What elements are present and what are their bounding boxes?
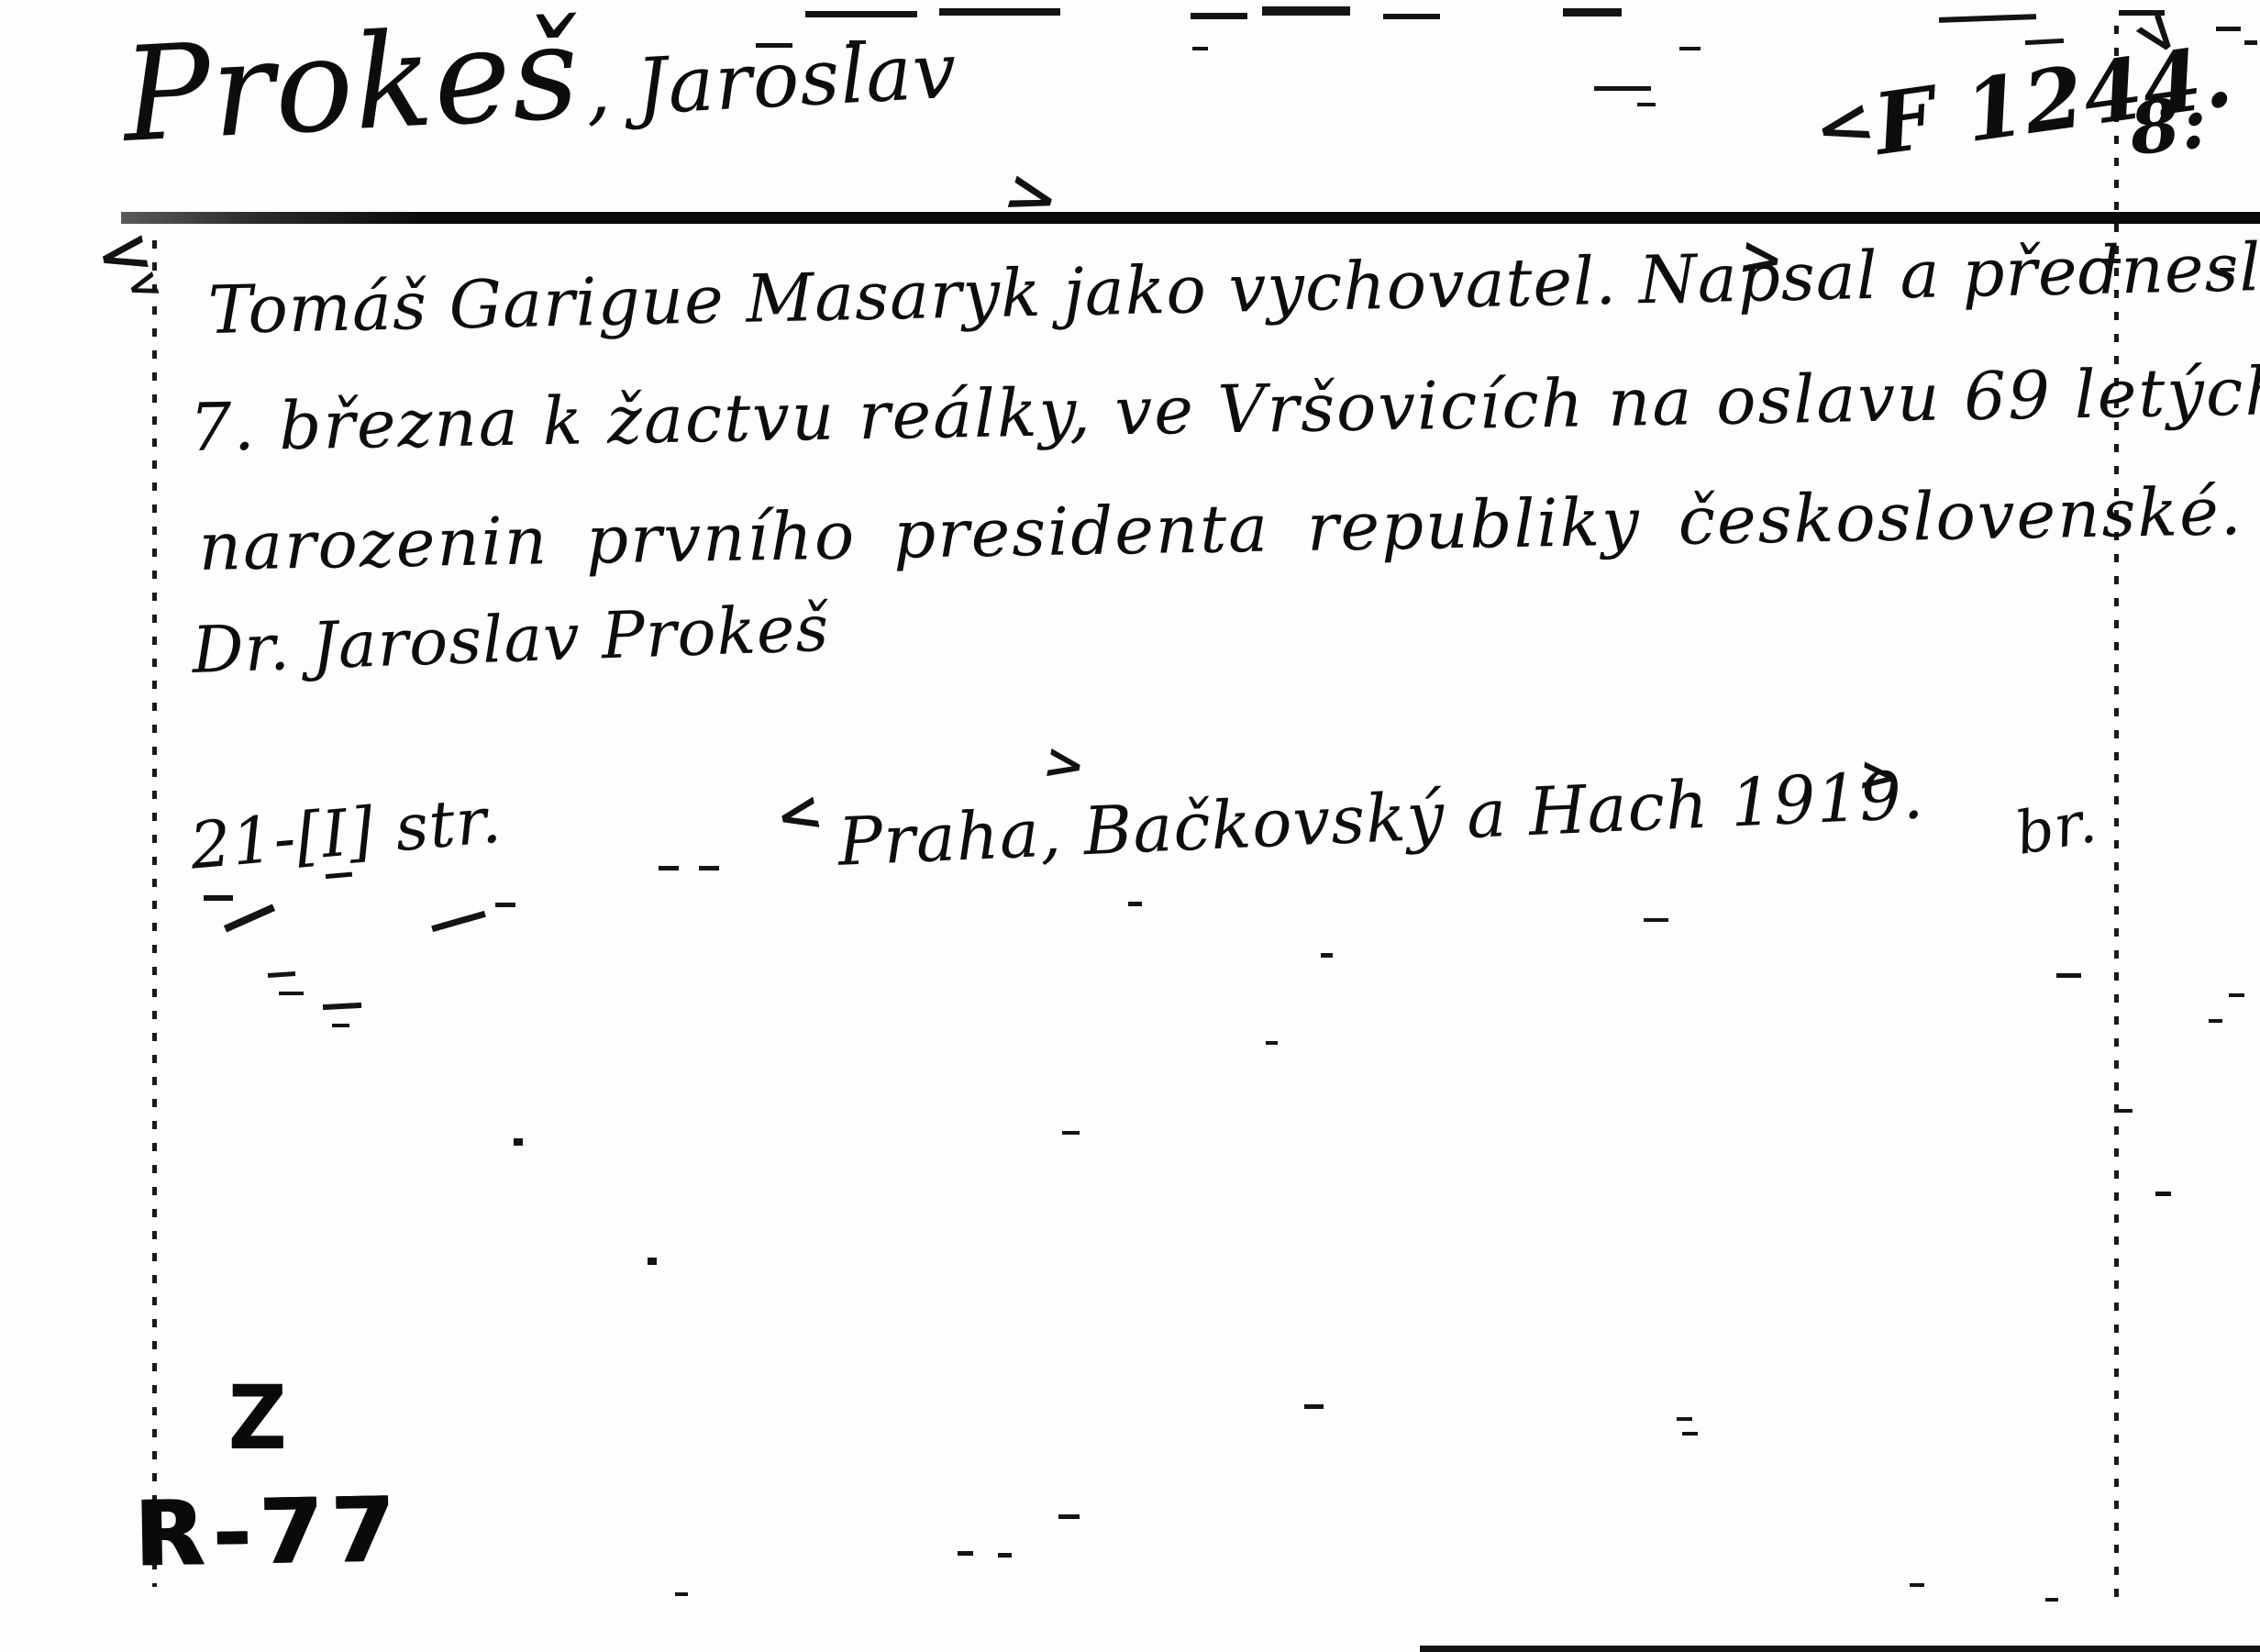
scan-noise-speck	[659, 866, 679, 870]
scan-noise-speck	[495, 903, 515, 907]
scan-noise-speck	[1677, 1417, 1692, 1421]
scan-noise-speck	[849, 40, 866, 44]
scan-noise-speck	[958, 1551, 973, 1556]
author-given-name: , Jaroslav	[583, 26, 959, 135]
scan-noise-speck	[268, 971, 295, 978]
scan-noise-speck	[224, 904, 275, 933]
call-number: R-77	[133, 1485, 403, 1580]
scan-noise-speck	[805, 11, 917, 17]
scan-noise-speck	[1058, 1514, 1080, 1519]
pagination-suffix: ] str.	[345, 782, 504, 870]
scan-noise-speck	[756, 43, 792, 48]
scan-noise-speck	[332, 1024, 349, 1027]
heading-rule	[121, 212, 2260, 224]
size-letter-stamp: Z	[228, 1374, 287, 1462]
scan-noise-speck	[279, 992, 304, 995]
scan-noise-speck	[1383, 14, 1440, 19]
scan-noise-speck	[2045, 1598, 2058, 1602]
scan-noise-speck	[2119, 1109, 2133, 1113]
scan-noise-speck	[1679, 47, 1701, 50]
scan-noise-speck	[648, 1258, 657, 1265]
scan-noise-speck	[2209, 1019, 2222, 1023]
pagination: 21-[I] str.	[187, 782, 504, 883]
scan-noise-speck	[2229, 993, 2244, 997]
scan-noise-speck	[1637, 103, 1656, 106]
pagination-prefix: 21-[	[187, 797, 326, 883]
scan-noise-speck	[2025, 39, 2064, 45]
scan-noise-speck	[1304, 1404, 1324, 1409]
scan-noise-speck	[514, 1138, 523, 1146]
format-designation: 8:	[2125, 81, 2211, 172]
scan-noise-speck	[2216, 27, 2241, 31]
scan-noise-speck	[998, 1553, 1012, 1558]
scan-noise-speck	[1420, 1646, 2260, 1652]
scan-noise-speck	[2056, 973, 2081, 978]
scan-noise-speck	[1594, 86, 1651, 91]
imprint: Praha, Bačkovský a Hach 1919.	[836, 756, 1926, 881]
title-line-3: narozenin prvního presidenta republiky č…	[198, 472, 2243, 585]
scan-noise-speck	[1644, 918, 1668, 922]
scan-noise-speck	[2155, 1192, 2171, 1196]
author-surname: Prokeš	[119, 0, 583, 172]
author-heading: Prokeš, Jaroslav	[120, 0, 959, 161]
scan-noise-speck	[1682, 1432, 1698, 1436]
scan-noise-speck	[1128, 902, 1142, 906]
scan-noise-speck	[204, 895, 233, 901]
scan-noise-speck	[1262, 6, 1350, 16]
scan-noise-speck	[1939, 14, 2036, 23]
scan-noise-speck	[1191, 13, 1247, 19]
scan-noise-speck	[939, 8, 1060, 16]
scan-noise-speck	[699, 866, 719, 870]
title-line-2: 7. března k žactvu reálky, ve Vršovicích…	[189, 352, 2260, 466]
binding-note: br.	[2011, 788, 2101, 869]
scan-noise-speck	[1192, 47, 1208, 50]
scan-noise-speck	[1563, 8, 1622, 17]
catalog-card: < Prokeš, Jaroslav > < F 1244. > 8: < > …	[0, 0, 2260, 1652]
scan-noise-speck	[2102, 259, 2121, 263]
scan-noise-speck	[1266, 1041, 1278, 1045]
scan-noise-speck	[1062, 1131, 1080, 1135]
scan-noise-speck	[2220, 268, 2234, 272]
angle-mark-icon: <	[121, 261, 166, 310]
author-statement: Dr. Jaroslav Prokeš	[191, 591, 831, 688]
scan-noise-speck	[431, 911, 486, 932]
scan-noise-speck	[323, 1003, 361, 1010]
scan-noise-speck	[1321, 953, 1333, 958]
scan-noise-speck	[2244, 40, 2257, 45]
angle-mark-icon: <	[770, 782, 827, 846]
title-line-1: Tomáš Garigue Masaryk jako vychovatel. N…	[207, 228, 2260, 349]
scan-noise-speck	[675, 1592, 688, 1596]
angle-mark-icon: <	[1808, 89, 1880, 162]
scan-noise-speck	[2119, 10, 2165, 16]
scan-noise-speck	[1910, 1583, 1924, 1587]
angle-mark-icon: >	[1040, 736, 1090, 792]
left-margin-line	[152, 240, 157, 1587]
